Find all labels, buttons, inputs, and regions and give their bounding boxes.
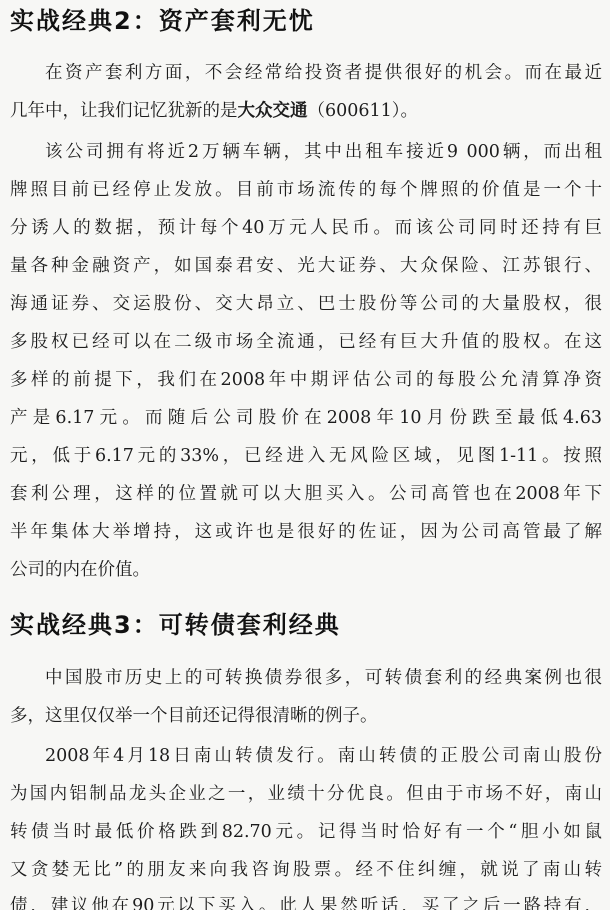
text-line: 为国内铝制品龙头企业之一，业绩十分优良。但由于市场不好，南山 bbox=[10, 782, 602, 806]
section-heading-2: 实战经典2：资产套利无忧 bbox=[10, 6, 315, 36]
text-line: 量各种金融资产，如国泰君安、光大证券、大众保险、江苏银行、 bbox=[10, 254, 602, 278]
text-segment: （600611）。 bbox=[308, 101, 419, 121]
text-line: 多样的前提下，我们在2008年中期评估公司的每股公允清算净资 bbox=[10, 368, 602, 392]
text-line: 转债当时最低价格跌到82.70元。记得当时恰好有一个“胆小如鼠 bbox=[10, 820, 602, 844]
text-line: 套利公理，这样的位置就可以大胆买入。公司高管也在2008年下 bbox=[10, 482, 602, 506]
text-line: 半年集体大举增持，这或许也是很好的佐证，因为公司高管最了解 bbox=[10, 520, 602, 544]
section-heading-3: 实战经典3：可转债套利经典 bbox=[10, 610, 341, 640]
text-line: 几年中，让我们记忆犹新的是大众交通（600611）。 bbox=[10, 99, 602, 123]
text-line: 多股权已经可以在二级市场全流通，已经有巨大升值的股权。在这 bbox=[10, 330, 602, 354]
text-line: 该公司拥有将近2万辆车辆，其中出租车接近9 000辆，而出租 bbox=[45, 140, 602, 164]
text-line: 2008年4月18日南山转债发行。南山转债的正股公司南山股份 bbox=[45, 744, 602, 768]
text-line: 牌照目前已经停止发放。目前市场流传的每个牌照的价值是一个十 bbox=[10, 178, 602, 202]
text-line: 分诱人的数据，预计每个40万元人民币。而该公司同时还持有巨 bbox=[10, 216, 602, 240]
text-line: 元，低于6.17元的33%，已经进入无风险区域，见图1-11。按照 bbox=[10, 444, 602, 468]
text-segment: 几年中，让我们记忆犹新的是 bbox=[10, 101, 238, 121]
text-line: 债，建议他在90元以下买入。此人果然听话，买了之后一路持有， bbox=[10, 894, 602, 910]
company-name-bold: 大众交通 bbox=[238, 101, 308, 121]
text-line: 中国股市历史上的可转换债券很多，可转债套利的经典案例也很 bbox=[45, 666, 602, 690]
text-line: 海通证券、交运股份、交大昂立、巴士股份等公司的大量股权，很 bbox=[10, 292, 602, 316]
text-line: 公司的内在价值。 bbox=[10, 558, 602, 582]
text-line: 产是6.17元。而随后公司股价在2008年10月份跌至最低4.63 bbox=[10, 406, 602, 430]
text-line: 又贪婪无比”的朋友来向我咨询股票。经不住纠缠，就说了南山转 bbox=[10, 858, 602, 882]
text-line: 在资产套利方面，不会经常给投资者提供很好的机会。而在最近 bbox=[45, 61, 602, 85]
document-page: 实战经典2：资产套利无忧 在资产套利方面，不会经常给投资者提供很好的机会。而在最… bbox=[0, 0, 610, 910]
text-line: 多，这里仅仅举一个目前还记得很清晰的例子。 bbox=[10, 704, 602, 728]
